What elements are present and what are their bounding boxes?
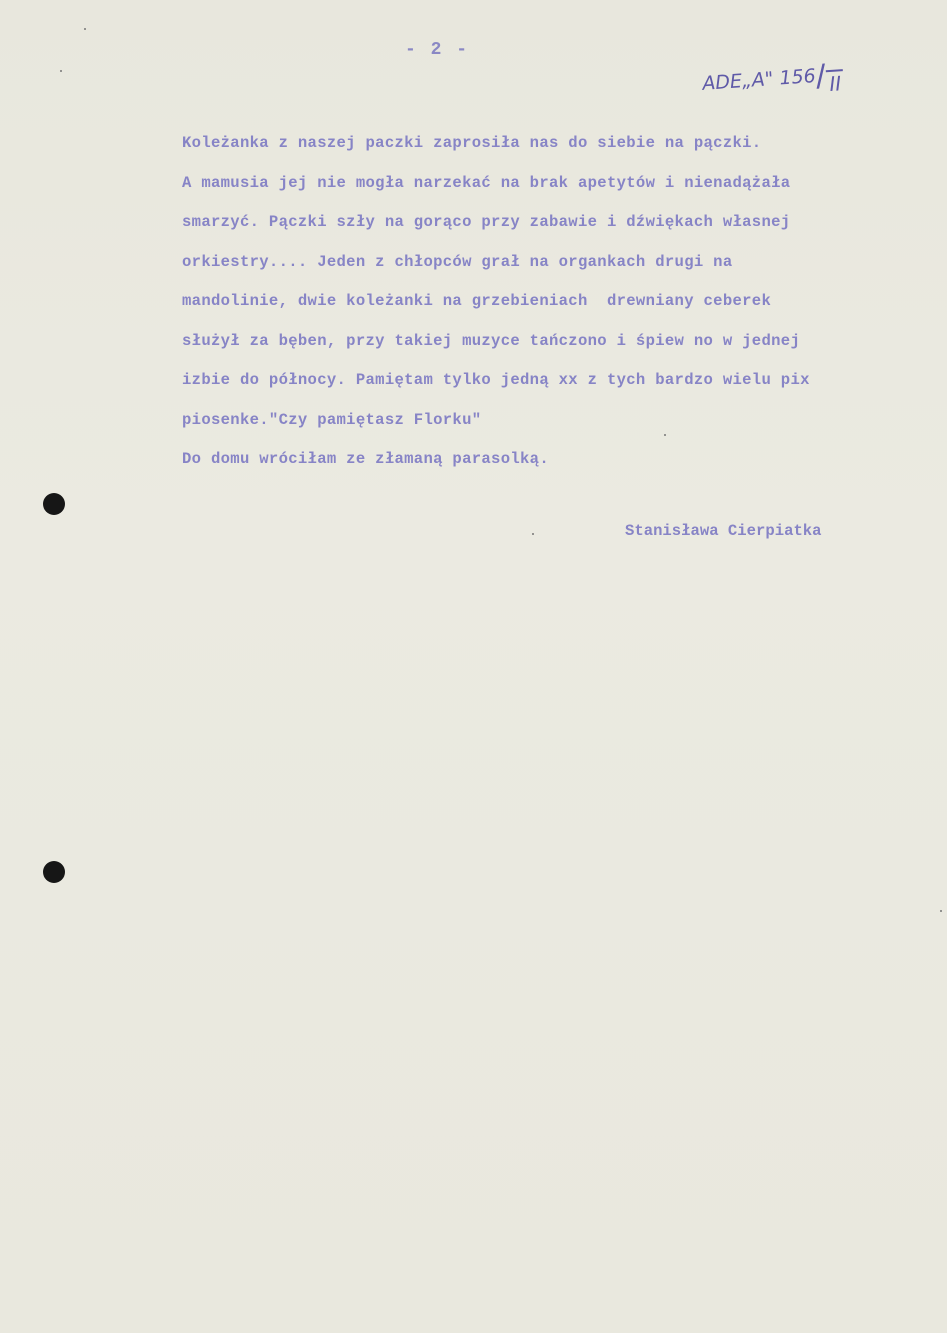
punch-hole-icon bbox=[43, 861, 65, 883]
body-line: Do domu wróciłam ze złamaną parasolką. bbox=[182, 440, 942, 480]
body-line: orkiestry.... Jeden z chłopców grał na o… bbox=[182, 243, 942, 283]
body-line: piosenke."Czy pamiętasz Florku" bbox=[182, 401, 942, 441]
document-page: - 2 - ADE„A" 156/II Koleżanka z naszej p… bbox=[0, 0, 947, 1333]
archive-reference-suffix: II bbox=[825, 69, 845, 96]
punch-hole-icon bbox=[43, 493, 65, 515]
body-line: służył za bęben, przy takiej muzyce tańc… bbox=[182, 322, 942, 362]
paper-speck bbox=[532, 533, 534, 535]
archive-reference: ADE„A" 156/II bbox=[701, 53, 845, 98]
body-line: Koleżanka z naszej paczki zaprosiła nas … bbox=[182, 124, 942, 164]
body-line: mandolinie, dwie koleżanki na grzebienia… bbox=[182, 282, 942, 322]
paper-speck bbox=[940, 910, 942, 912]
paper-speck bbox=[664, 434, 666, 436]
signature: Stanisława Cierpiatka bbox=[625, 522, 822, 540]
page-number: - 2 - bbox=[405, 40, 469, 60]
body-line: A mamusia jej nie mogła narzekać na bra… bbox=[182, 164, 942, 204]
paper-speck bbox=[60, 70, 62, 72]
paper-speck bbox=[84, 28, 86, 30]
body-text: Koleżanka z naszej paczki zaprosiła nas … bbox=[182, 124, 942, 480]
body-line: smarzyć. Pączki szły na gorąco przy zaba… bbox=[182, 203, 942, 243]
archive-reference-prefix: ADE„A" 156 bbox=[702, 65, 817, 95]
body-line: izbie do północy. Pamiętam tylko jedną x… bbox=[182, 361, 942, 401]
